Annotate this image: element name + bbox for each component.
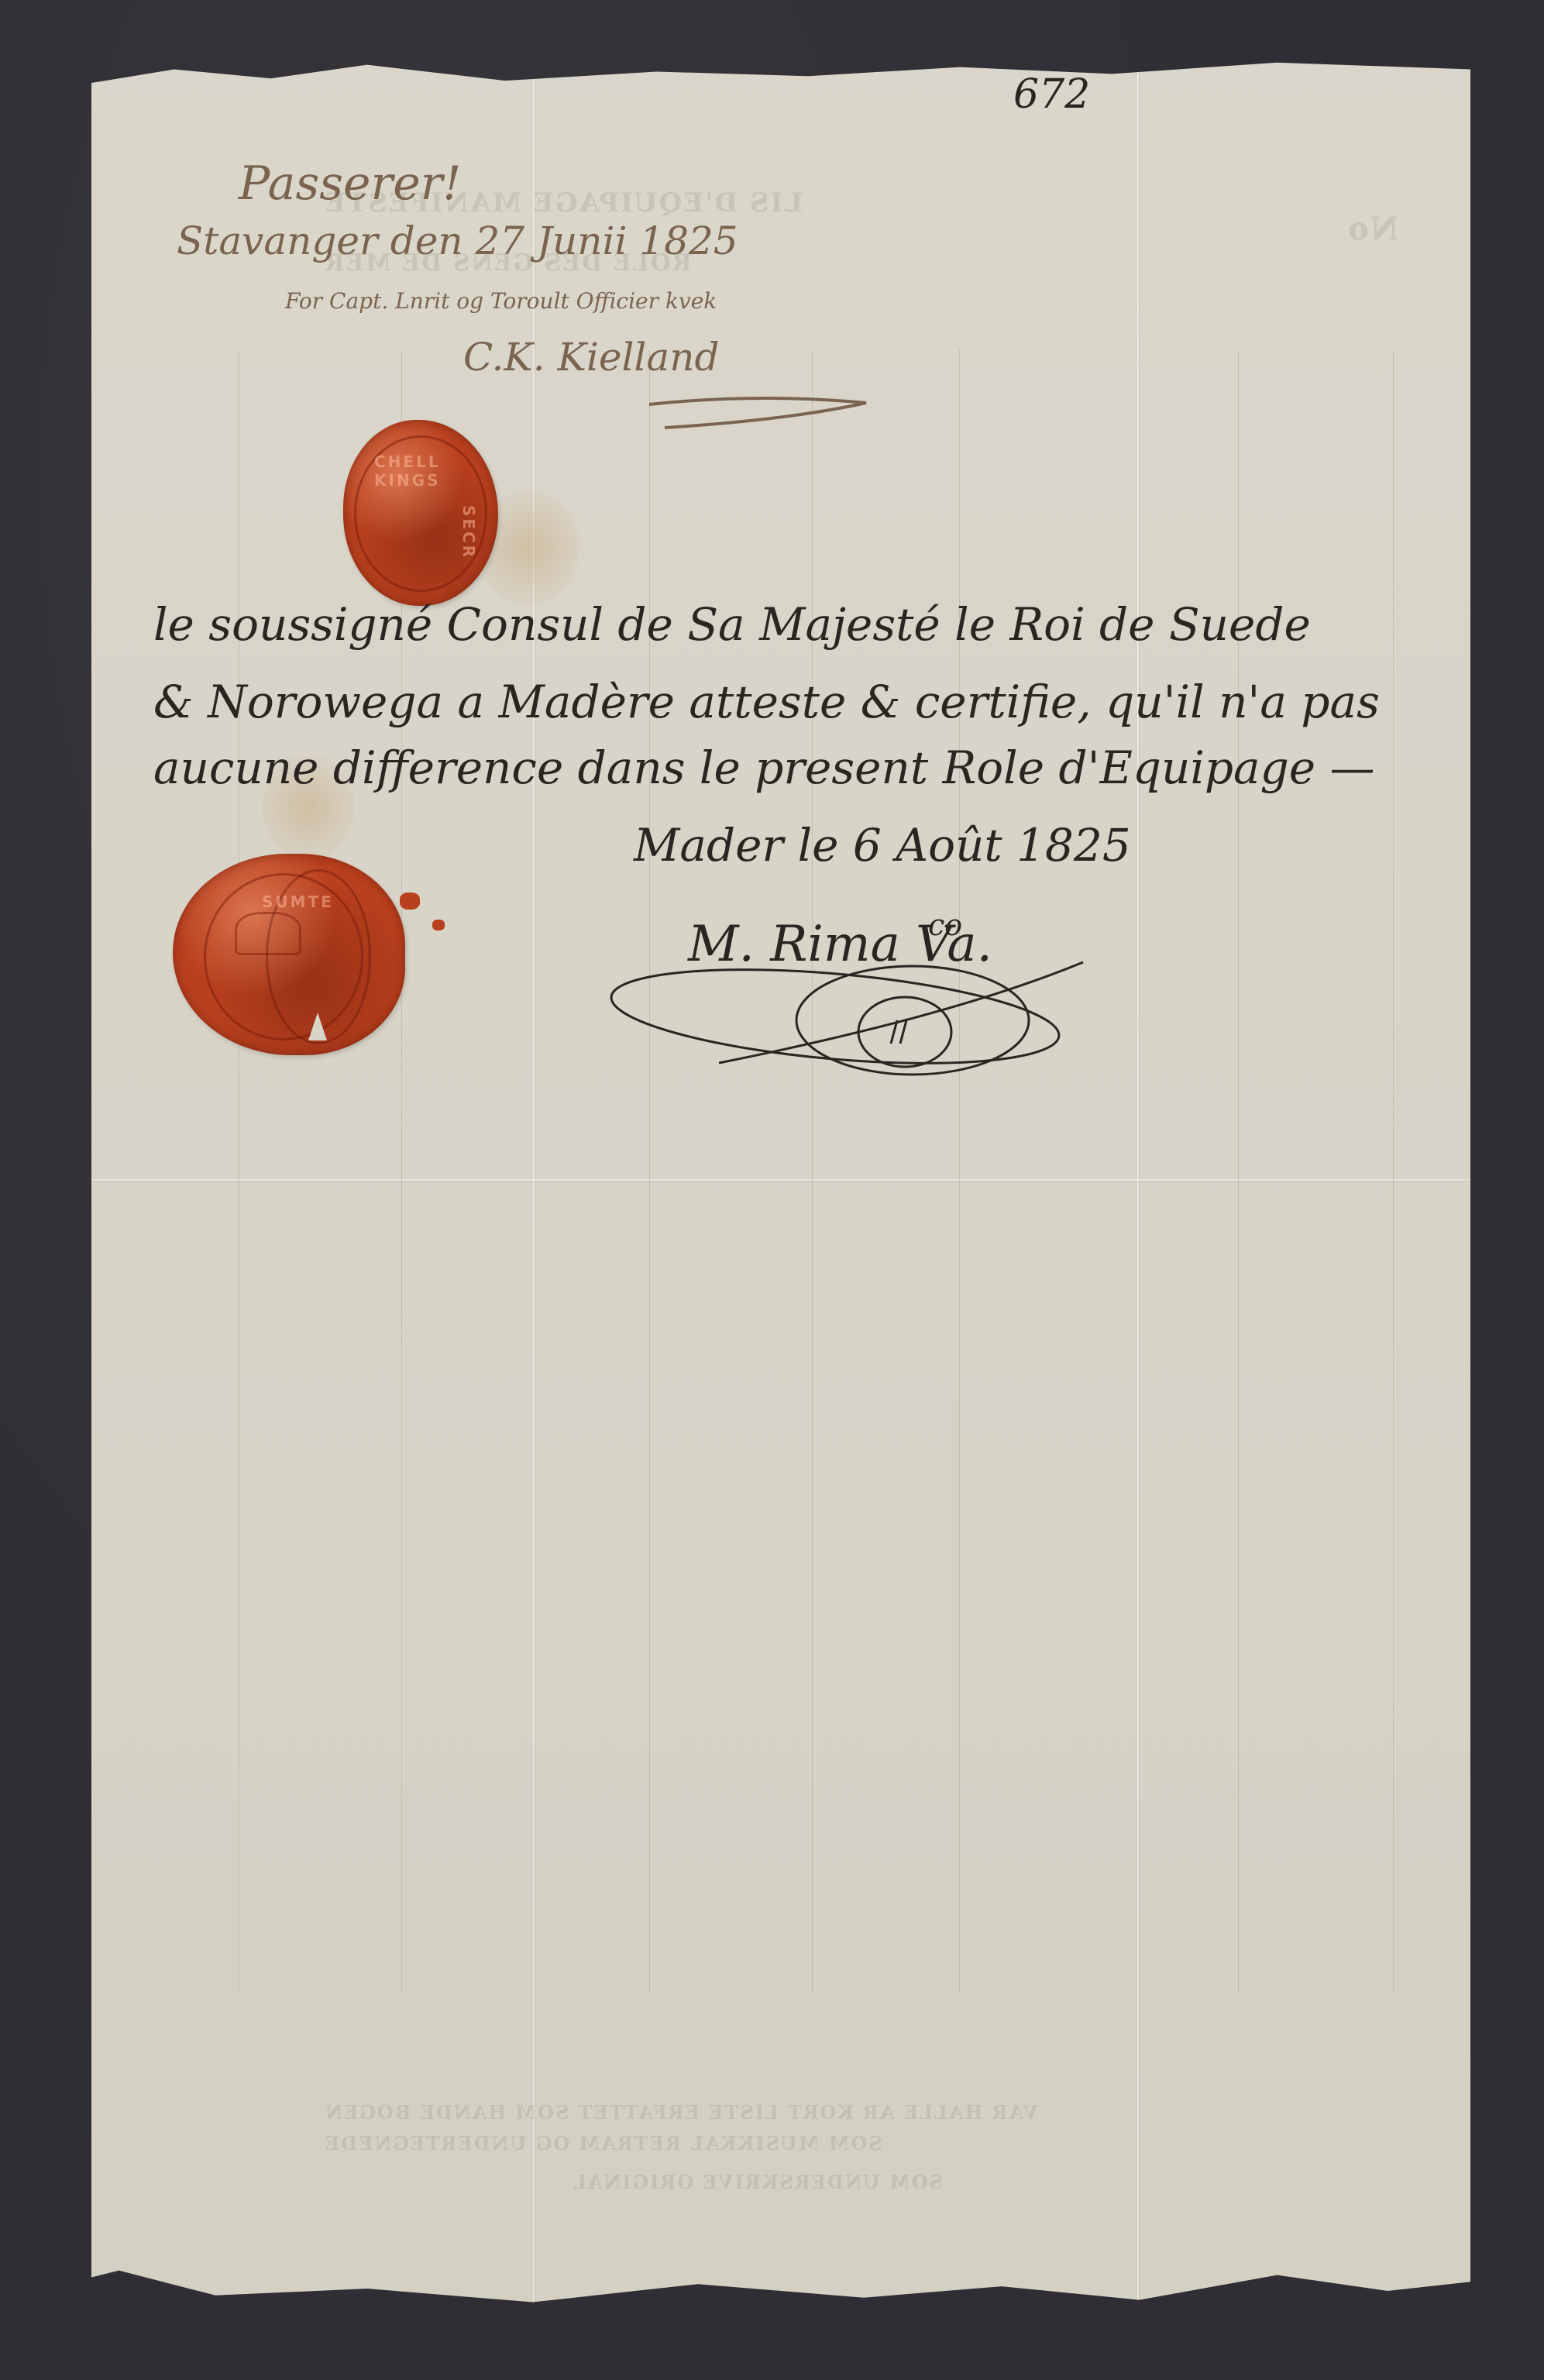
fold-line (91, 1179, 1470, 1181)
fold-line (1137, 56, 1139, 2318)
table-rule (1393, 350, 1394, 1993)
certification-line-1: le soussigné Consul de Sa Majesté le Roi… (153, 598, 1311, 651)
table-rule (649, 350, 650, 1993)
bleed-through-footer: SOM MUSIKKAL RETRAM OG UNDERTEGNEDE (324, 2132, 882, 2155)
certification-date: Mader le 6 Août 1825 (634, 819, 1131, 872)
wax-fragment (432, 920, 445, 930)
certification-line-3: aucune difference dans le present Role d… (153, 741, 1375, 794)
table-rule (239, 350, 239, 1993)
bleed-through-number: No (1346, 211, 1398, 247)
seal-inscription: SECR (459, 505, 478, 559)
table-rule (959, 350, 960, 1993)
certification-line-2: & Norowega a Madère atteste & certifie, … (153, 676, 1380, 728)
note-place-date: Stavanger den 27 Junii 1825 (177, 218, 738, 263)
note-heading: Passerer! (239, 156, 462, 211)
table-rule (1238, 350, 1239, 1993)
wax-seal-upper: CHELL KINGS SECR (343, 420, 498, 606)
signature-flourish (603, 947, 1145, 1094)
signature-flourish (634, 373, 882, 435)
fold-line (533, 56, 535, 2318)
bleed-through-footer: SOM UNDERSKRIVE ORIGINAL (572, 2171, 943, 2193)
wax-seal-lower: SUMTE (173, 854, 405, 1055)
table-rule (812, 350, 813, 1993)
seal-inscription: CHELL KINGS (374, 452, 498, 490)
crown-emblem (235, 912, 301, 955)
wax-fragment (400, 892, 420, 910)
seal-inscription: SUMTE (262, 892, 334, 911)
bleed-through-footer: VAR HALLE AR KORT LISTE ERFATTET SOM HAN… (324, 2101, 1038, 2124)
document-sheet: LIS D'EQUIPAGE MANIFESTE ROLE DES GENS D… (91, 56, 1470, 2318)
note-text: For Capt. Lnrit og Toroult Officier kvek (285, 288, 717, 314)
consul-signature-suffix: co (928, 908, 962, 942)
page-number: 672 (1013, 71, 1090, 118)
